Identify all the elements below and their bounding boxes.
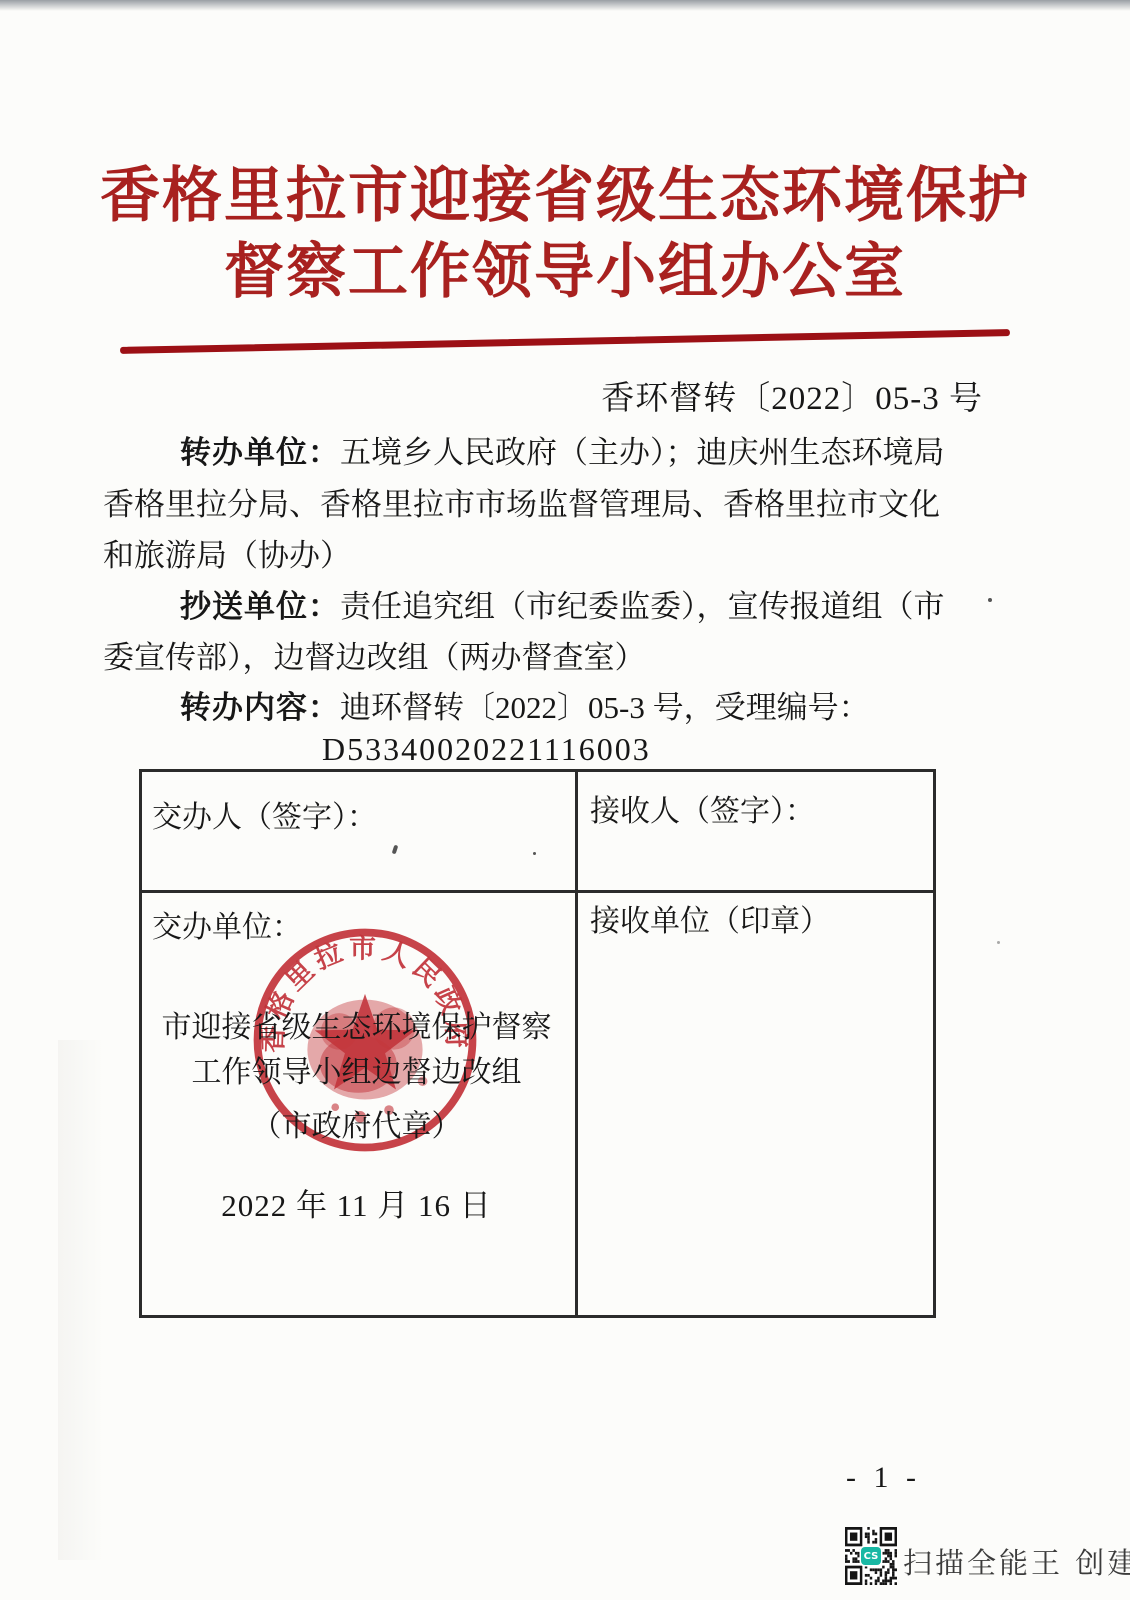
letterhead-title-line1: 香格里拉市迎接省级生态环境保护: [0, 166, 1130, 226]
page-number: - 1 -: [846, 1461, 921, 1495]
assigner-unit-line2: 工作领导小组边督边改组: [141, 1047, 572, 1091]
scan-speck: [988, 598, 992, 602]
scanner-logo-badge: CS: [861, 1547, 881, 1565]
letterhead-divider-rule: [120, 329, 1010, 354]
scan-speck: [997, 941, 1000, 944]
para-transfer-units-line2: 香格里拉分局、香格里拉市市场监督管理局、香格里拉市文化: [103, 489, 940, 520]
letterhead-title-line2: 督察工作领导小组办公室: [0, 242, 1130, 302]
scanner-watermark-text: 扫描全能王 创建: [903, 1541, 1130, 1582]
assigner-unit-line3: （市政府代章）: [141, 1101, 572, 1145]
para-transfer-content-label: 转办内容：: [180, 690, 340, 726]
table-row-divider: [142, 890, 933, 893]
document-number: 香环督转〔2022〕05-3 号: [601, 372, 983, 419]
assigner-unit-line1: 市迎接省级生态环境保护督察: [141, 1002, 572, 1046]
scan-page-curvature: [58, 1040, 104, 1560]
para-transfer-units-label: 转办单位：: [180, 435, 340, 471]
para-transfer-units-text: 五境乡人民政府（主办）；迪庆州生态环境局: [340, 435, 945, 470]
scanned-document-page: 香格里拉市迎接省级生态环境保护 督察工作领导小组办公室 香环督转〔2022〕05…: [0, 0, 1130, 1600]
table-column-divider: [575, 772, 578, 1315]
scanner-qr-code: CS: [845, 1527, 897, 1585]
para-transfer-content-line1: 转办内容：迪环督转〔2022〕05-3 号，受理编号：: [180, 692, 870, 724]
handover-date: 2022 年 11 月 16 日: [141, 1180, 572, 1225]
para-transfer-units-line1: 转办单位：五境乡人民政府（主办）；迪庆州生态环境局: [180, 437, 945, 469]
para-copy-units-line1: 抄送单位：责任追究组（市纪委监委），宣传报道组（市: [180, 591, 945, 623]
para-copy-units-line2: 委宣传部），边督边改组（两办督查室）: [103, 642, 646, 673]
scan-edge-shadow: [0, 0, 1130, 11]
acceptance-number: D53340020221116003: [322, 731, 651, 768]
para-copy-units-label: 抄送单位：: [180, 589, 340, 625]
para-transfer-units-line3: 和旅游局（协办）: [103, 540, 351, 571]
receiver-unit-label: 接收单位（印章）: [590, 896, 830, 940]
scan-speck: [533, 852, 536, 855]
assigner-signature-label: 交办人（签字）：: [152, 792, 377, 836]
receiver-signature-label: 接收人（签字）：: [590, 786, 815, 830]
para-copy-units-text: 责任追究组（市纪委监委），宣传报道组（市: [340, 589, 945, 624]
para-transfer-content-text: 迪环督转〔2022〕05-3 号，受理编号：: [340, 690, 870, 725]
